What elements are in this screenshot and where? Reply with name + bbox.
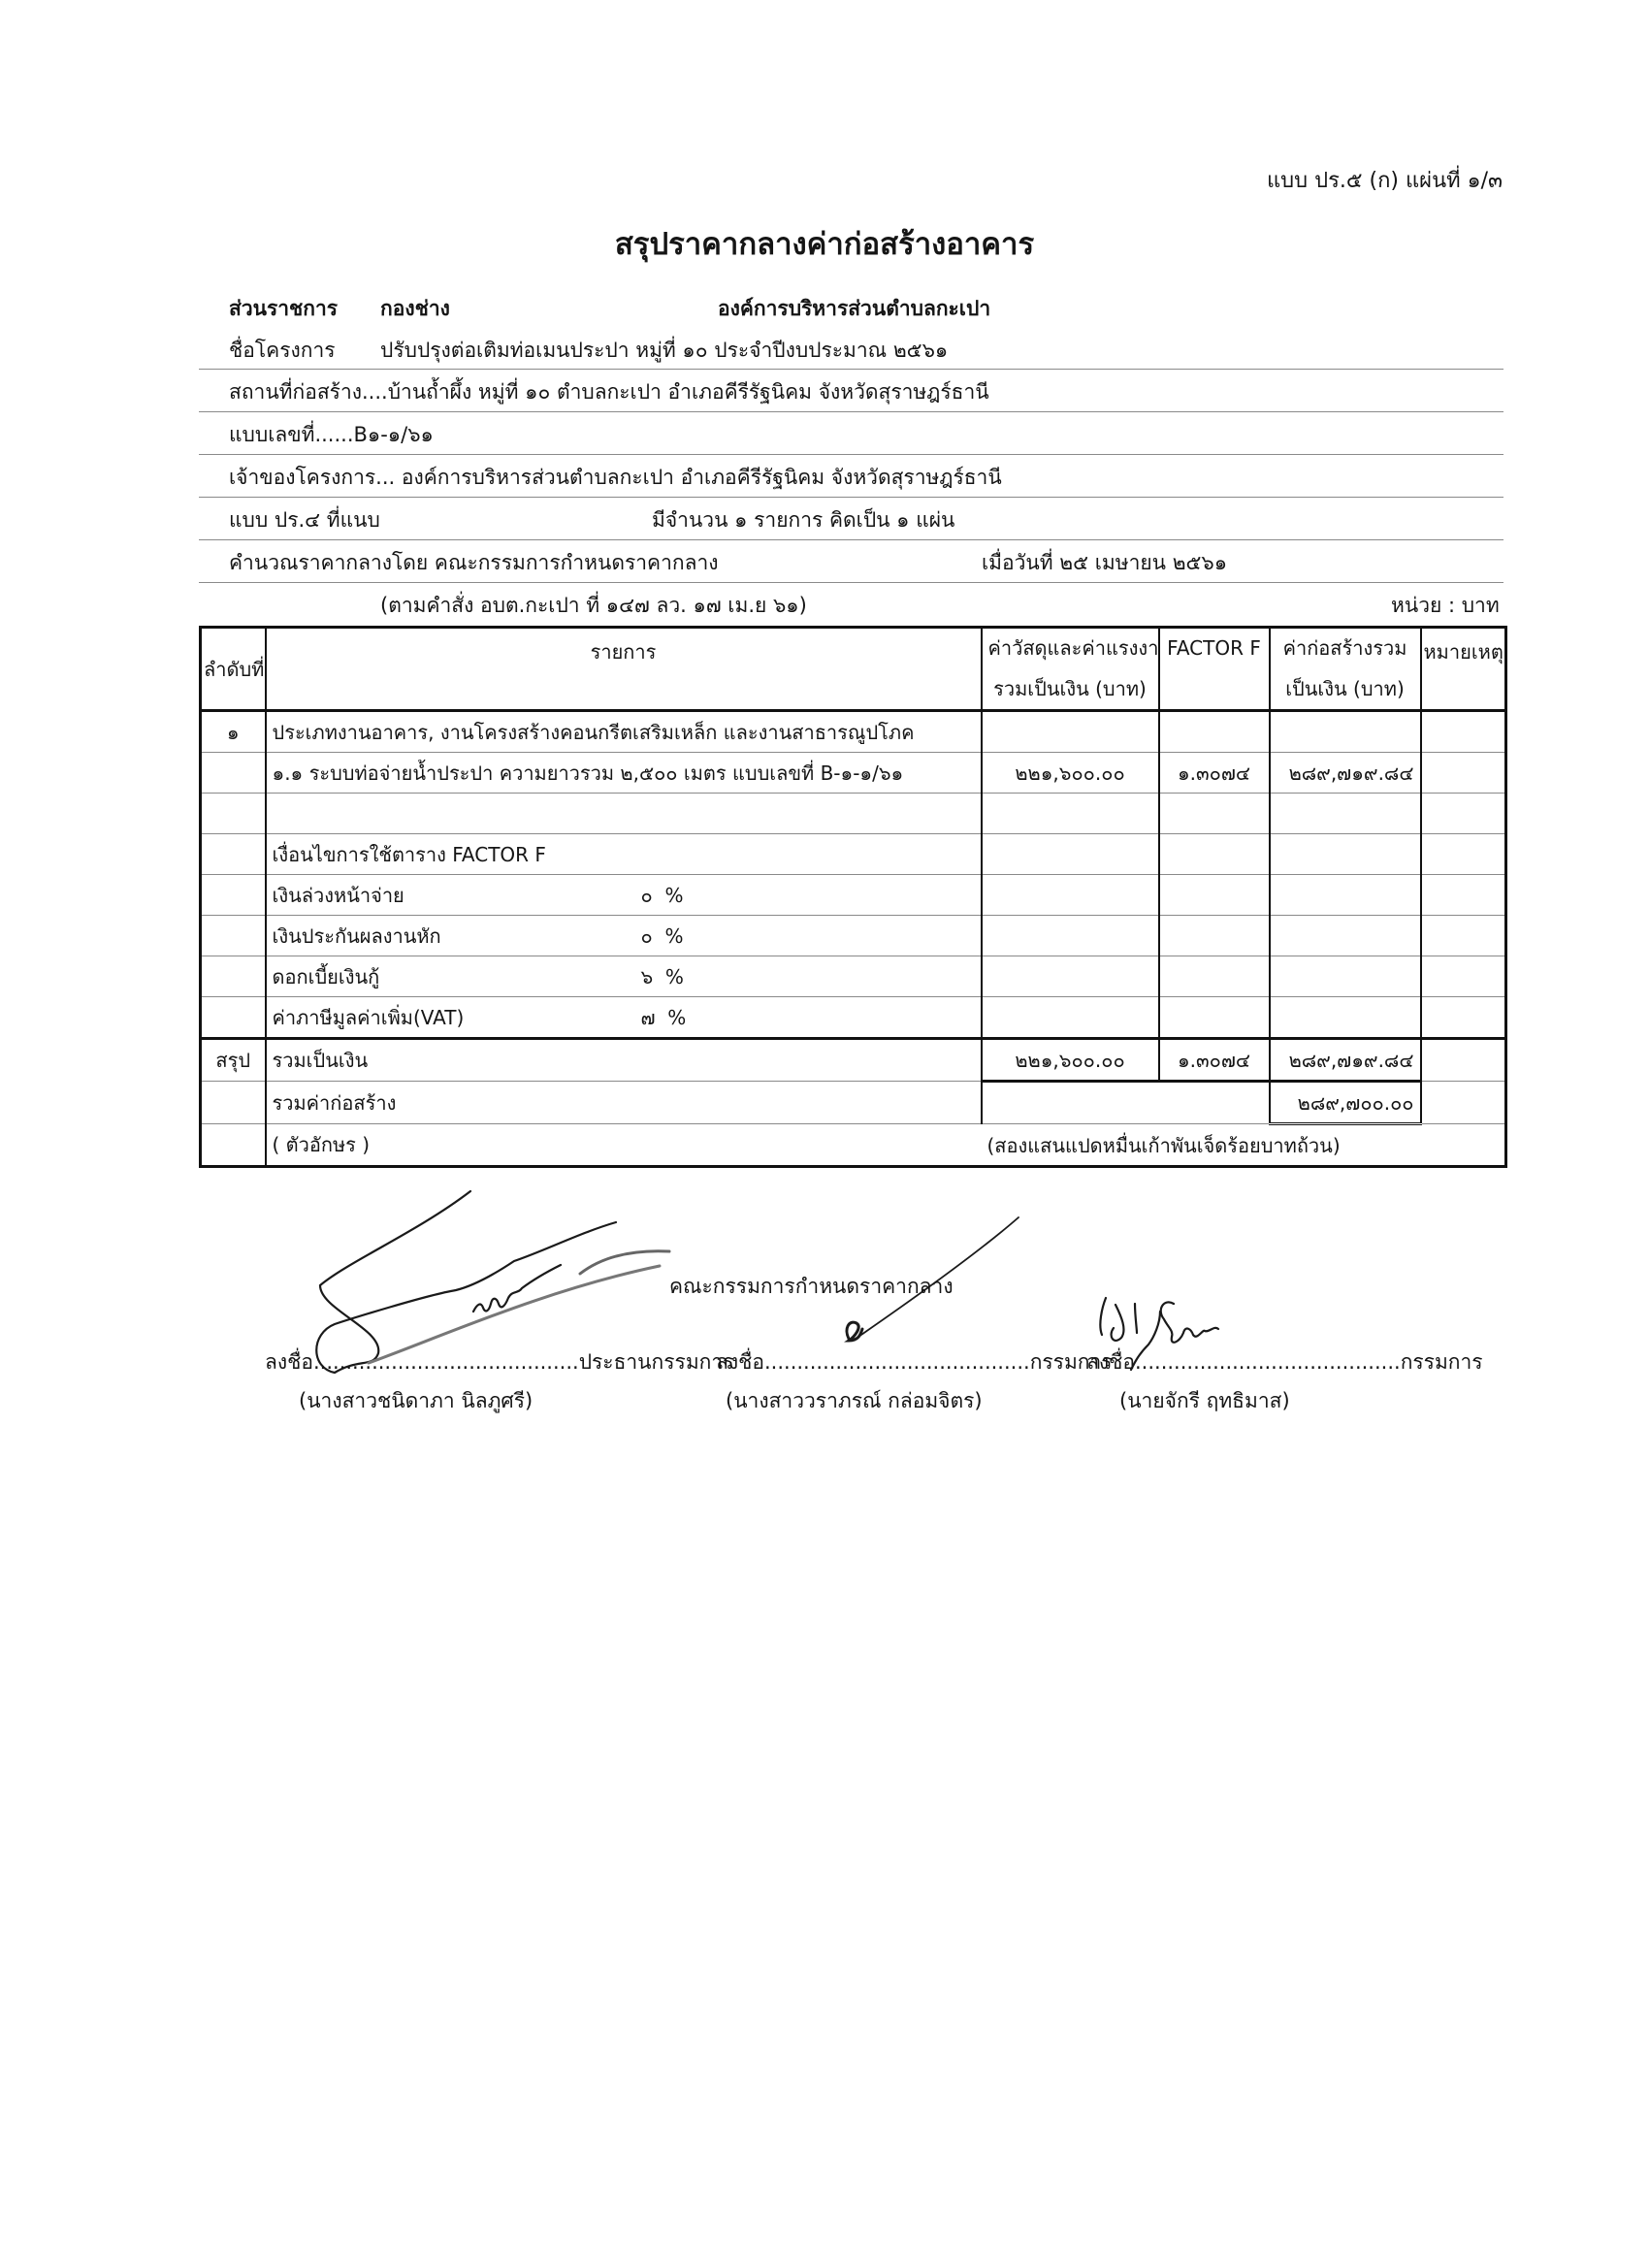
row-item: ๑.๑ ระบบท่อจ่ายน้ำประปา ความยาวรวม ๒,๕๐๐…: [266, 753, 982, 794]
row-no: [201, 875, 266, 916]
agency-division: กองช่าง: [380, 293, 450, 325]
divider: [199, 497, 1503, 498]
calculated-by: คำนวณราคากลางโดย คณะกรรมการกำหนดราคากลาง: [229, 547, 719, 579]
row-cost: [982, 834, 1159, 875]
site: สถานที่ก่อสร้าง....บ้านถ้ำผึ้ง หมู่ที่ ๑…: [229, 376, 989, 408]
sum-cost: ๒๒๑,๖๐๐.๐๐: [982, 1039, 1159, 1082]
col-item-header: รายการ: [266, 628, 982, 711]
condition-label: ดอกเบี้ยเงินกู้: [273, 961, 641, 992]
row-cost: [982, 997, 1159, 1039]
row-factor: [1159, 997, 1270, 1039]
row-factor: [1159, 875, 1270, 916]
sign-dots: ........................................…: [764, 1350, 1030, 1374]
condition-value-wrap: ๖ %: [641, 961, 767, 992]
row-remark: [1421, 1039, 1506, 1082]
condition-label: ค่าภาษีมูลค่าเพิ่ม(VAT): [273, 1002, 641, 1033]
row-no: [201, 753, 266, 794]
row-factor: [1159, 794, 1270, 834]
committee-title: คณะกรรมการกำหนดราคากลาง: [669, 1271, 954, 1303]
condition-value-wrap: ๐ %: [641, 921, 767, 952]
col-no-header: ลำดับที่: [201, 628, 266, 711]
row-cost: [982, 875, 1159, 916]
row-remark: [1421, 834, 1506, 875]
col-remark-header: หมายเหตุ: [1421, 628, 1506, 711]
signer-name: (นางสาวชนิดาภา นิลภูศรี): [299, 1385, 533, 1417]
signature-role: กรรมการ: [1401, 1350, 1483, 1374]
signature-role: ประธานกรรมการ: [579, 1350, 734, 1374]
conditions-title-row: เงื่อนไขการใช้ตาราง FACTOR F: [201, 834, 1506, 875]
signature-line-member-1: ลงชื่อ..................................…: [716, 1346, 1113, 1378]
condition-unit: %: [665, 965, 684, 988]
condition-label: เงินประกันผลงานหัก: [273, 921, 641, 952]
text-label: ( ตัวอักษร ): [266, 1124, 982, 1167]
divider: [199, 582, 1503, 583]
row-total: [1270, 997, 1421, 1039]
condition-unit: %: [664, 924, 683, 948]
sign-dots: ........................................…: [313, 1350, 579, 1374]
row-remark: [1421, 753, 1506, 794]
price-summary-table: ลำดับที่ รายการ ค่าวัสดุและค่าแรงงาน FAC…: [199, 626, 1507, 1168]
row-item: [266, 794, 982, 834]
row-no: ๑: [201, 711, 266, 753]
row-cost: [982, 956, 1159, 997]
table-row: [201, 794, 1506, 834]
unit-label: หน่วย : บาท: [1391, 590, 1500, 622]
condition-cell: ค่าภาษีมูลค่าเพิ่ม(VAT)๗ %: [266, 997, 982, 1039]
construction-total-row: รวมค่าก่อสร้าง ๒๘๙,๗๐๐.๐๐: [201, 1082, 1506, 1124]
row-cost: [982, 794, 1159, 834]
row-no: [201, 997, 266, 1039]
row-remark: [1421, 875, 1506, 916]
sum-label: รวมเป็นเงิน: [266, 1039, 982, 1082]
condition-row: ค่าภาษีมูลค่าเพิ่ม(VAT)๗ %: [201, 997, 1506, 1039]
page-title: สรุปราคากลางค่าก่อสร้างอาคาร: [0, 219, 1649, 268]
divider: [199, 539, 1503, 540]
row-no: [201, 916, 266, 956]
summary-label: สรุป: [201, 1039, 266, 1082]
row-total: [1270, 711, 1421, 753]
row-remark: [1421, 997, 1506, 1039]
row-total: [1270, 956, 1421, 997]
agency-org: องค์การบริหารส่วนตำบลกะเปา: [718, 293, 990, 325]
table-header-row: ลำดับที่ รายการ ค่าวัสดุและค่าแรงงาน FAC…: [201, 628, 1506, 668]
sign-prefix: ลงชื่อ: [265, 1350, 313, 1374]
condition-value-wrap: ๗ %: [641, 1002, 767, 1033]
condition-value-wrap: ๐ %: [641, 880, 767, 911]
row-total: [1270, 875, 1421, 916]
row-total: [1270, 834, 1421, 875]
project-label: ชื่อโครงการ: [229, 335, 336, 367]
signature-line-chairman: ลงชื่อ..................................…: [265, 1346, 733, 1378]
col-cost-header-1: ค่าวัสดุและค่าแรงงาน: [982, 628, 1159, 668]
agency-label: ส่วนราชการ: [229, 293, 338, 325]
col-total-header-1: ค่าก่อสร้างรวม: [1270, 628, 1421, 668]
condition-cell: เงินประกันผลงานหัก๐ %: [266, 916, 982, 956]
row-remark: [1421, 916, 1506, 956]
condition-value: ๗: [641, 1006, 656, 1029]
project-name: ปรับปรุงต่อเติมท่อเมนประปา หมู่ที่ ๑๐ ปร…: [380, 335, 948, 367]
signature-line-member-2: ลงชื่อ..................................…: [1086, 1346, 1483, 1378]
row-item: ประเภทงานอาคาร, งานโครงสร้างคอนกรีตเสริม…: [266, 711, 982, 753]
plan-no: แบบเลขที่......B๑-๑/๖๑: [229, 419, 434, 451]
condition-cell: เงินล่วงหน้าจ่าย๐ %: [266, 875, 982, 916]
text-amount: (สองแสนแปดหมื่นเก้าพันเจ็ดร้อยบาทถ้วน): [982, 1124, 1506, 1167]
row-no: [201, 1124, 266, 1167]
project-owner: เจ้าของโครงการ... องค์การบริหารส่วนตำบลก…: [229, 462, 1002, 494]
sign-dots: ........................................…: [1135, 1350, 1401, 1374]
col-total-header-2: เป็นเงิน (บาท): [1270, 667, 1421, 711]
condition-label: เงินล่วงหน้าจ่าย: [273, 880, 641, 911]
attached-count: มีจำนวน ๑ รายการ คิดเป็น ๑ แผ่น: [652, 504, 954, 536]
row-remark: [1421, 956, 1506, 997]
condition-value: ๐: [641, 884, 653, 907]
conditions-title: เงื่อนไขการใช้ตาราง FACTOR F: [266, 834, 982, 875]
row-remark: [1421, 711, 1506, 753]
row-factor: [1159, 956, 1270, 997]
row-no: [201, 834, 266, 875]
row-factor: [1159, 916, 1270, 956]
text-amount-row: ( ตัวอักษร ) (สองแสนแปดหมื่นเก้าพันเจ็ดร…: [201, 1124, 1506, 1167]
row-total: [1270, 916, 1421, 956]
signer-name: (นางสาววราภรณ์ กล่อมจิตร): [726, 1385, 983, 1417]
row-no: [201, 956, 266, 997]
row-factor: [1159, 711, 1270, 753]
divider: [199, 369, 1503, 370]
condition-unit: %: [667, 1006, 686, 1029]
row-total: [1270, 794, 1421, 834]
table-row: ๑ ประเภทงานอาคาร, งานโครงสร้างคอนกรีตเสร…: [201, 711, 1506, 753]
col-factor-header: FACTOR F: [1159, 628, 1270, 711]
condition-row: เงินล่วงหน้าจ่าย๐ %: [201, 875, 1506, 916]
construction-label: รวมค่าก่อสร้าง: [266, 1082, 982, 1124]
row-total: ๒๘๙,๗๑๙.๘๔: [1270, 753, 1421, 794]
divider: [199, 411, 1503, 412]
condition-row: เงินประกันผลงานหัก๐ %: [201, 916, 1506, 956]
sign-prefix: ลงชื่อ: [1086, 1350, 1135, 1374]
signer-name: (นายจักรี ฤทธิมาส): [1119, 1385, 1290, 1417]
sum-total: ๒๘๙,๗๑๙.๘๔: [1270, 1039, 1421, 1082]
row-no: [201, 1082, 266, 1124]
sign-prefix: ลงชื่อ: [716, 1350, 764, 1374]
calc-date: เมื่อวันที่ ๒๕ เมษายน ๒๕๖๑: [982, 547, 1227, 579]
empty-cell: [982, 1082, 1270, 1124]
row-factor: [1159, 834, 1270, 875]
row-remark: [1421, 1082, 1506, 1124]
col-cost-header-2: รวมเป็นเงิน (บาท): [982, 667, 1159, 711]
order-reference: (ตามคำสั่ง อบต.กะเปา ที่ ๑๔๗ ลว. ๑๗ เม.ย…: [380, 590, 807, 622]
construction-total: ๒๘๙,๗๐๐.๐๐: [1270, 1082, 1421, 1124]
row-no: [201, 794, 266, 834]
summary-row: สรุป รวมเป็นเงิน ๒๒๑,๖๐๐.๐๐ ๑.๓๐๗๔ ๒๘๙,๗…: [201, 1039, 1506, 1082]
divider: [199, 454, 1503, 455]
condition-row: ดอกเบี้ยเงินกู้๖ %: [201, 956, 1506, 997]
condition-value: ๐: [641, 924, 653, 948]
condition-unit: %: [664, 884, 683, 907]
row-factor: ๑.๓๐๗๔: [1159, 753, 1270, 794]
row-remark: [1421, 794, 1506, 834]
row-cost: [982, 711, 1159, 753]
table-row: ๑.๑ ระบบท่อจ่ายน้ำประปา ความยาวรวม ๒,๕๐๐…: [201, 753, 1506, 794]
sum-factor: ๑.๓๐๗๔: [1159, 1039, 1270, 1082]
row-cost: [982, 916, 1159, 956]
row-cost: ๒๒๑,๖๐๐.๐๐: [982, 753, 1159, 794]
condition-value: ๖: [641, 965, 654, 988]
form-id: แบบ ปร.๕ (ก) แผ่นที่ ๑/๓: [1267, 163, 1503, 197]
attached-form: แบบ ปร.๔ ที่แนบ: [229, 504, 380, 536]
condition-cell: ดอกเบี้ยเงินกู้๖ %: [266, 956, 982, 997]
